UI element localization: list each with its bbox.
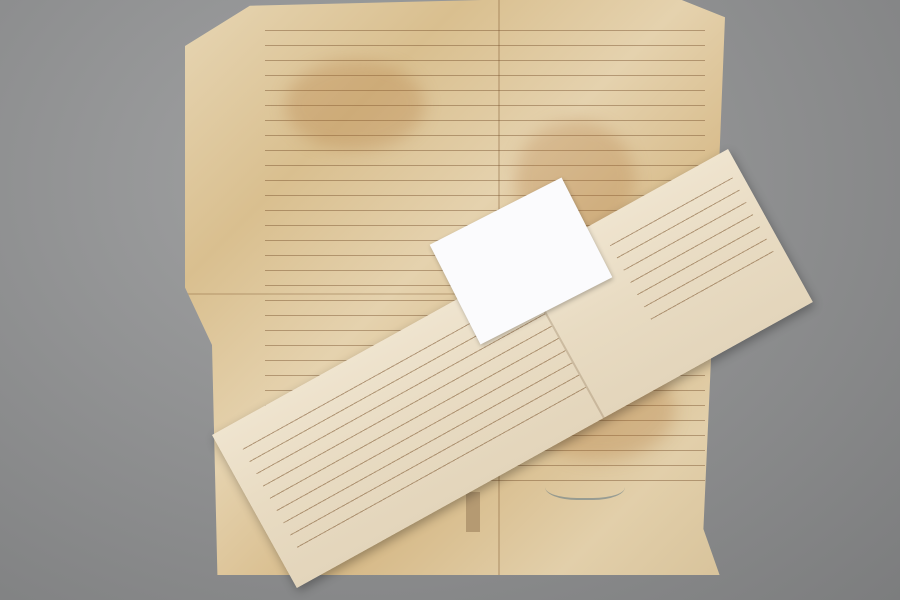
signature-mark: [545, 468, 625, 500]
paper-tab: [466, 492, 480, 532]
stain: [285, 60, 425, 150]
